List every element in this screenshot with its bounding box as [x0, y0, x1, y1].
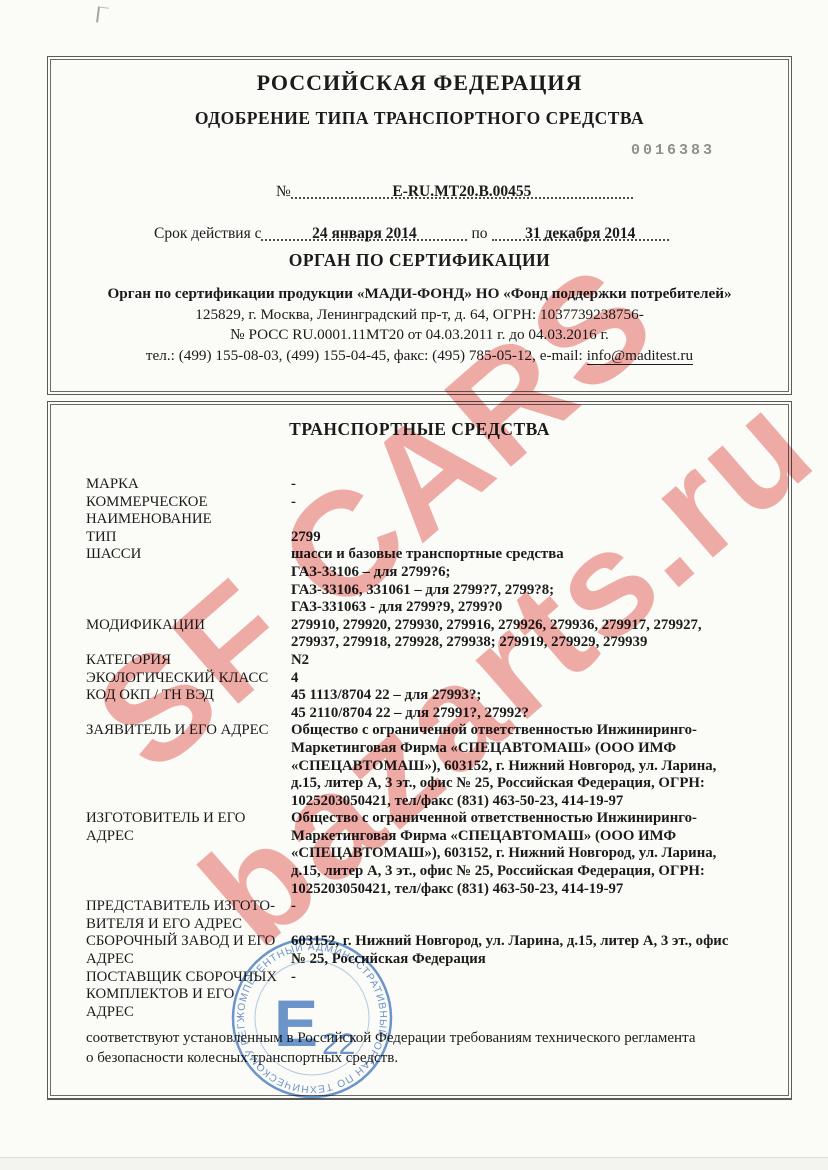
scan-page-edge	[0, 1157, 828, 1170]
conformity-line1: соответствуют установленным в Российской…	[86, 1029, 791, 1049]
field-value: -	[291, 969, 791, 1022]
table-row: МОДИФИКАЦИИ279910, 279920, 279930, 27991…	[48, 617, 791, 652]
validity-prefix: Срок действия с	[154, 222, 261, 246]
field-label: СБОРОЧНЫЙ ЗАВОД И ЕГОАДРЕС	[48, 933, 291, 968]
field-label: ЭКОЛОГИЧЕСКИЙ КЛАСС	[48, 670, 291, 688]
field-value: -	[291, 494, 791, 529]
field-label: ТИП	[48, 529, 291, 547]
vehicles-heading: ТРАНСПОРТНЫЕ СРЕДСТВА	[48, 419, 791, 440]
field-label: КАТЕГОРИЯ	[48, 652, 291, 670]
vehicles-box: ТРАНСПОРТНЫЕ СРЕДСТВА МАРКА-КОММЕРЧЕСКОЕ…	[47, 401, 792, 1100]
scanned-certificate-page: РОССИЙСКАЯ ФЕДЕРАЦИЯ ОДОБРЕНИЕ ТИПА ТРАН…	[0, 0, 828, 1170]
authority-name: Орган по сертификации продукции «МАДИ-ФО…	[48, 284, 791, 305]
field-label: МОДИФИКАЦИИ	[48, 617, 291, 652]
validity-row: Срок действия с 24 января 2014 по 31 дек…	[154, 222, 669, 246]
approval-number-label: №	[276, 180, 291, 204]
approval-number-value: E-RU.MT20.B.00455	[291, 180, 633, 204]
table-row: КАТЕГОРИЯN2	[48, 652, 791, 670]
table-row: ИЗГОТОВИТЕЛЬ И ЕГОАДРЕСОбщество с ограни…	[48, 810, 791, 898]
pen-mark-artifact	[96, 6, 109, 23]
field-label: ШАССИ	[48, 546, 291, 616]
field-label: ПРЕДСТАВИТЕЛЬ ИЗГОТО-ВИТЕЛЯ И ЕГО АДРЕС	[48, 898, 291, 933]
validity-from-date: 24 января 2014	[261, 222, 467, 246]
table-row: ПОСТАВЩИК СБОРОЧНЫХКОМПЛЕКТОВ И ЕГОАДРЕС…	[48, 969, 791, 1022]
table-row: СБОРОЧНЫЙ ЗАВОД И ЕГОАДРЕС603152, г. Ниж…	[48, 933, 791, 968]
field-label: ПОСТАВЩИК СБОРОЧНЫХКОМПЛЕКТОВ И ЕГОАДРЕС	[48, 969, 291, 1022]
serial-stamp-number: 0016383	[631, 142, 715, 159]
field-value: шасси и базовые транспортные средстваГАЗ…	[291, 546, 791, 616]
field-label: КОД ОКП / ТН ВЭД	[48, 687, 291, 722]
document-title: ОДОБРЕНИЕ ТИПА ТРАНСПОРТНОГО СРЕДСТВА	[48, 108, 791, 129]
table-row: КОММЕРЧЕСКОЕНАИМЕНОВАНИЕ-	[48, 494, 791, 529]
approval-number-row: № E-RU.MT20.B.00455	[276, 180, 633, 204]
field-label: КОММЕРЧЕСКОЕНАИМЕНОВАНИЕ	[48, 494, 291, 529]
conformity-statement: соответствуют установленным в Российской…	[48, 1029, 791, 1068]
field-value: -	[291, 898, 791, 933]
authority-heading: ОРГАН ПО СЕРТИФИКАЦИИ	[48, 250, 791, 271]
field-value: Общество с ограниченной ответственностью…	[291, 722, 791, 810]
table-row: ЭКОЛОГИЧЕСКИЙ КЛАСС4	[48, 670, 791, 688]
conformity-line2: о безопасности колесных транспортных сре…	[86, 1049, 791, 1069]
table-row: ТИП2799	[48, 529, 791, 547]
field-value: 4	[291, 670, 791, 688]
field-value: 279910, 279920, 279930, 279916, 279926, …	[291, 617, 791, 652]
field-value: 2799	[291, 529, 791, 547]
field-label: ЗАЯВИТЕЛЬ И ЕГО АДРЕС	[48, 722, 291, 810]
field-value: Общество с ограниченной ответственностью…	[291, 810, 791, 898]
table-row: ПРЕДСТАВИТЕЛЬ ИЗГОТО-ВИТЕЛЯ И ЕГО АДРЕС-	[48, 898, 791, 933]
authority-email: info@maditest.ru	[587, 347, 693, 365]
validity-middle-label: по	[467, 222, 491, 246]
field-value: 603152, г. Нижний Новгород, ул. Ларина, …	[291, 933, 791, 968]
table-row: ШАССИшасси и базовые транспортные средст…	[48, 546, 791, 616]
authority-contacts: тел.: (499) 155-08-03, (499) 155-04-45, …	[48, 346, 791, 367]
table-row: КОД ОКП / ТН ВЭД45 1113/8704 22 – для 27…	[48, 687, 791, 722]
field-label: ИЗГОТОВИТЕЛЬ И ЕГОАДРЕС	[48, 810, 291, 898]
validity-to-date: 31 декабря 2014	[492, 222, 669, 246]
authority-address: 125829, г. Москва, Ленинградский пр-т, д…	[48, 305, 791, 326]
table-row: МАРКА-	[48, 476, 791, 494]
table-row: ЗАЯВИТЕЛЬ И ЕГО АДРЕСОбщество с ограниче…	[48, 722, 791, 810]
header-box: РОССИЙСКАЯ ФЕДЕРАЦИЯ ОДОБРЕНИЕ ТИПА ТРАН…	[47, 56, 792, 395]
field-value: N2	[291, 652, 791, 670]
authority-contacts-prefix: тел.: (499) 155-08-03, (499) 155-04-45, …	[146, 347, 583, 364]
field-label: МАРКА	[48, 476, 291, 494]
country-title: РОССИЙСКАЯ ФЕДЕРАЦИЯ	[48, 70, 791, 96]
authority-details: Орган по сертификации продукции «МАДИ-ФО…	[48, 284, 791, 366]
authority-accreditation: № РОСС RU.0001.11МТ20 от 04.03.2011 г. д…	[48, 325, 791, 346]
fields-table: МАРКА-КОММЕРЧЕСКОЕНАИМЕНОВАНИЕ-ТИП2799ША…	[48, 476, 791, 1021]
field-value: -	[291, 476, 791, 494]
field-value: 45 1113/8704 22 – для 27993?;45 2110/870…	[291, 687, 791, 722]
